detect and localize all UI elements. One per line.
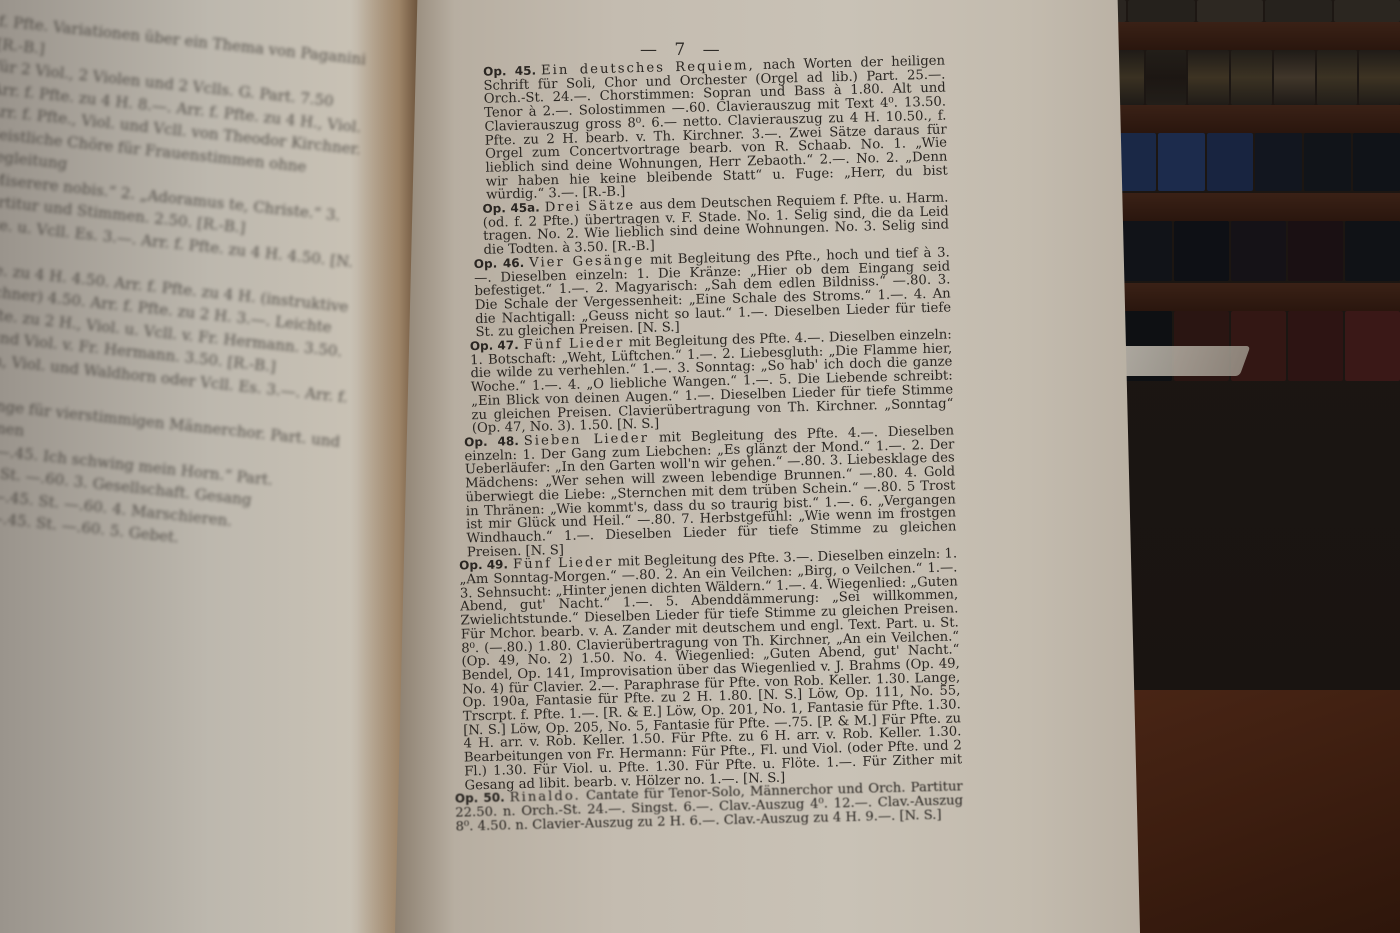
entry-text: nach Worten der heiligen Schrift für Sol… [483,54,948,204]
catalogue-entry-op46: Op. 46.Vier Gesänge mit Begleitung des P… [474,246,952,340]
catalogue-entry-op49: Op. 49.Fünf Lieder mit Begleitung des Pf… [459,548,963,793]
stray-paper-slip [1110,346,1251,376]
catalogue-entry-op45: Op. 45.Ein deutsches Requiem, nach Worte… [483,55,948,203]
left-page: f. Pfte. Variationen über ein Thema von … [0,0,420,933]
catalogue-entry-op48: Op. 48.Sieben Lieder mit Begleitung des … [464,424,957,559]
page-number: — 7 — [640,40,726,60]
catalogue-entry-op47: Op. 47.Fünf Lieder mit Begleitung des Pf… [470,328,954,436]
catalogue-entries: Op. 45.Ein deutsches Requiem, nach Worte… [475,55,964,834]
left-page-text: f. Pfte. Variationen über ein Thema von … [0,10,398,566]
entry-text: mit Begleitung des Pfte. 3.—. Dieselben … [459,547,962,793]
